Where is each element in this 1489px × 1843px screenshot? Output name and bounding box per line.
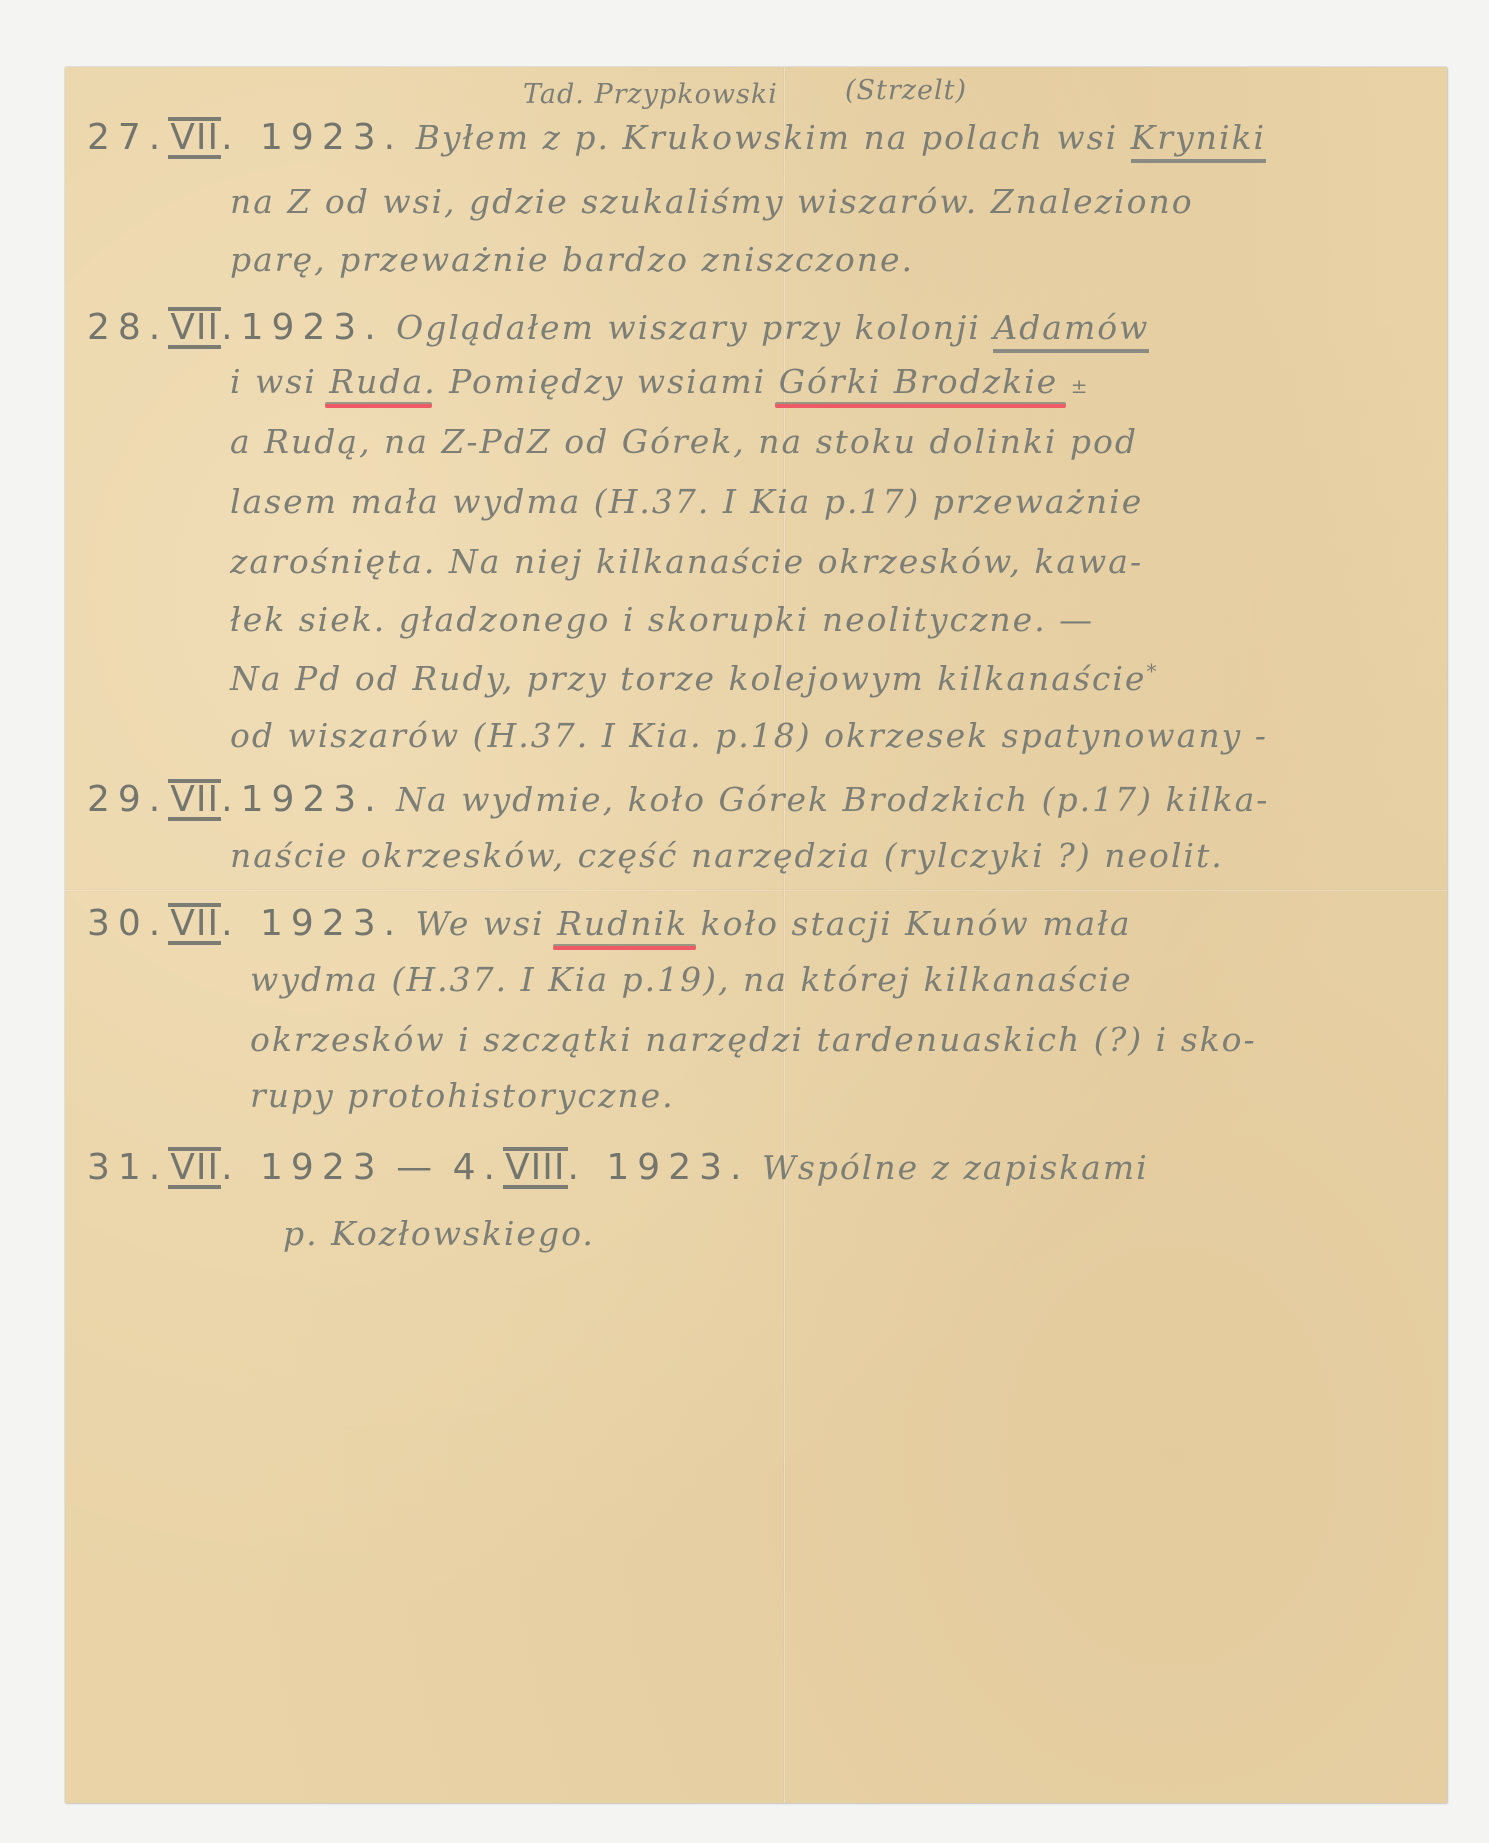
- entry-3-date: 29.VII.1923.: [87, 779, 384, 820]
- horizontal-fold-crease: [65, 889, 1447, 892]
- entry-2-line-4: lasem mała wydma (H.37. I Kia p.17) prze…: [230, 485, 1143, 518]
- entry-5-line-2: p. Kozłowskiego.: [283, 1217, 595, 1250]
- entry-4-line-3: okrzesków i szczątki narzędzi tardenuask…: [250, 1023, 1257, 1056]
- author-name: Tad. Przypkowski: [523, 79, 778, 110]
- entry-2-line-3: a Rudą, na Z-PdZ od Górek, na stoku doli…: [230, 425, 1138, 458]
- place-gorki-brodzkie: Górki Brodzkie: [779, 365, 1059, 398]
- entry-1-date: 27.VII. 1923.: [87, 117, 403, 158]
- entry-4-line-1: 30.VII. 1923. We wsi Rudnik koło stacji …: [87, 903, 1132, 945]
- margin-mark-star: *: [1146, 659, 1158, 683]
- bracket-note: (Strzelt): [845, 75, 967, 106]
- place-ruda: Ruda: [329, 365, 424, 398]
- place-kryniki: Kryniki: [1131, 118, 1266, 163]
- notebook-page: Tad. Przypkowski (Strzelt) 27.VII. 1923.…: [65, 67, 1447, 1803]
- entry-1-line-3: parę, przeważnie bardzo zniszczone.: [230, 243, 914, 276]
- entry-2-line-2: i wsi Ruda. Pomiędzy wsiami Górki Brodzk…: [230, 365, 1089, 398]
- entry-5-line-1: 31.VII. 1923 — 4.VIII. 1923. Wspólne z z…: [87, 1147, 1149, 1189]
- bracket-annotation: (Strzelt): [845, 77, 967, 104]
- entry-1-line-2: na Z od wsi, gdzie szukaliśmy wiszarów. …: [230, 185, 1194, 218]
- entry-3-line-2: naście okrzesków, część narzędzia (rylcz…: [230, 839, 1224, 872]
- place-rudnik: Rudnik: [557, 907, 688, 940]
- entry-1-line-1: 27.VII. 1923. Byłem z p. Krukowskim na p…: [87, 117, 1266, 159]
- entry-2-line-5: zarośnięta. Na niej kilkanaście okrzeskó…: [230, 545, 1143, 578]
- entry-2-line-7: Na Pd od Rudy, przy torze kolejowym kilk…: [230, 661, 1158, 695]
- entry-4-line-4: rupy protohistoryczne.: [250, 1079, 675, 1112]
- entry-2-line-1: 28.VII.1923. Oglądałem wiszary przy kolo…: [87, 307, 1149, 349]
- entry-5-date-start: 31.VII. 1923: [87, 1147, 384, 1188]
- entry-4-line-2: wydma (H.37. I Kia p.19), na której kilk…: [250, 963, 1133, 996]
- entry-2-date: 28.VII.1923.: [87, 307, 384, 348]
- place-adamow: Adamów: [993, 308, 1149, 353]
- entry-3-line-1: 29.VII.1923. Na wydmie, koło Górek Brodz…: [87, 779, 1269, 821]
- entry-4-date: 30.VII. 1923.: [87, 903, 403, 944]
- date-range-dash: —: [396, 1147, 440, 1188]
- entry-2-line-6: łek siek. gładzonego i skorupki neolityc…: [230, 603, 1094, 636]
- margin-mark-plus: ±: [1071, 374, 1090, 398]
- entry-5-date-end: 4.VIII. 1923.: [453, 1147, 750, 1188]
- author-annotation: Tad. Przypkowski: [523, 81, 778, 108]
- entry-2-line-8: od wiszarów (H.37. I Kia. p.18) okrzesek…: [230, 719, 1268, 752]
